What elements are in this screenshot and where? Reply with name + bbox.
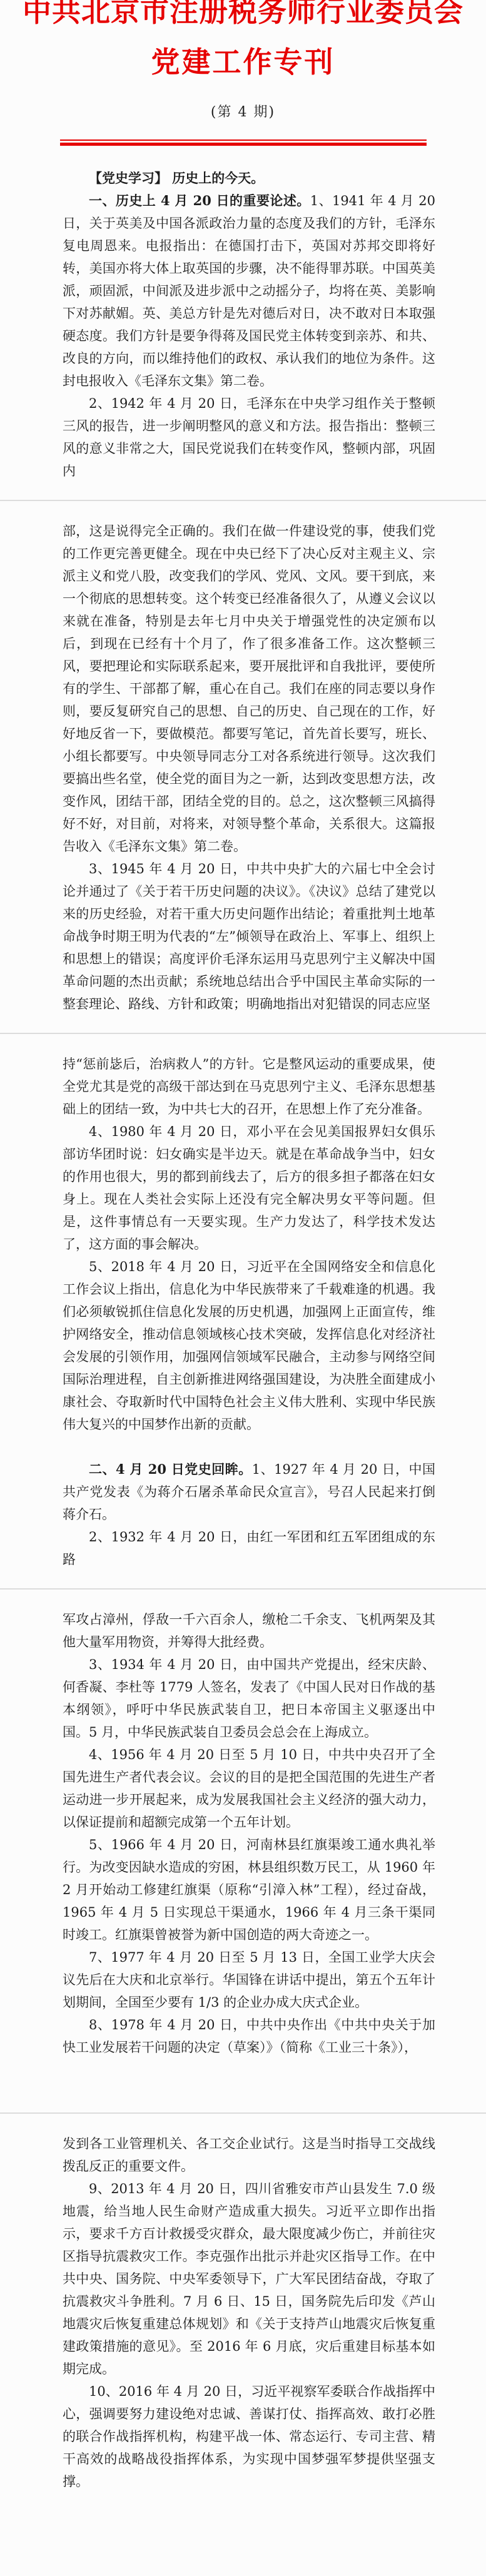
paragraph-section1: 一、历史上 4 月 20 日的重要论述。1、1941 年 4 月 20 日，关于… xyxy=(63,190,435,392)
paragraph-item-1945-continued: 持“惩前毖后，治病救人”的方针。它是整风运动的重要成果，使全党尤其是党的高级干部… xyxy=(63,1053,435,1120)
rule-thick-line xyxy=(60,143,427,146)
paragraph-item-1966: 5、1966 年 4 月 20 日，河南林县红旗渠竣工通水典礼举行。为改变因缺水… xyxy=(63,1833,435,1946)
paragraph-item-1977: 7、1977 年 4 月 20 日至 5 月 13 日，全国工业学大庆会议先后在… xyxy=(63,1946,435,2014)
bottom-whitespace xyxy=(63,2493,435,2549)
paragraph-item-1934: 3、1934 年 4 月 20 日，由中国共产党提出，经宋庆龄、何香凝、李杜等 … xyxy=(63,1653,435,1743)
paragraph-section2: 二、4 月 20 日党史回眸。1、1927 年 4 月 20 日，中国共产党发表… xyxy=(63,1458,435,1526)
section1-heading: 一、历史上 4 月 20 日的重要论述。 xyxy=(89,193,310,208)
page-separator xyxy=(0,2112,486,2114)
masthead: 中共北京市注册税务师行业委员会 党建工作专刊 (第 4 期) xyxy=(0,0,486,146)
masthead-double-rule xyxy=(60,139,427,146)
page-separator xyxy=(0,1588,486,1590)
paragraph-item-2013: 9、2013 年 4 月 20 日，四川省雅安市芦山县发生 7.0 级地震，给当… xyxy=(63,2178,435,2380)
paragraph-item-1980: 4、1980 年 4 月 20 日，邓小平在会见美国报界妇女俱乐部访华团时说：妇… xyxy=(63,1120,435,1255)
page-separator xyxy=(0,500,486,501)
section2-heading: 二、4 月 20 日党史回眸。 xyxy=(89,1461,252,1477)
paragraph-study-header: 【党史学习】 历史上的今天。 xyxy=(63,167,435,190)
paragraph-item-1942-continued: 部，这是说得完全正确的。我们在做一件建设党的事，使我们党的工作更完善更健全。现在… xyxy=(63,520,435,858)
document-body: 【党史学习】 历史上的今天。 一、历史上 4 月 20 日的重要论述。1、194… xyxy=(63,167,435,2549)
section-gap xyxy=(63,1436,435,1458)
paragraph-item-2018: 5、2018 年 4 月 20 日，习近平在全国网络安全和信息化工作会议上指出，… xyxy=(63,1255,435,1436)
document-page: 中共北京市注册税务师行业委员会 党建工作专刊 (第 4 期) 【党史学习】 历史… xyxy=(0,0,486,2549)
page-separator xyxy=(0,1033,486,1034)
paragraph-item-1978-continued: 发到各工业管理机关、各工交企业试行。这是当时指导工交战线拨乱反正的重要文件。 xyxy=(63,2132,435,2178)
paragraph-item-1932: 2、1932 年 4 月 20 日，由红一军团和红五军团组成的东路 xyxy=(63,1526,435,1571)
publication-title: 党建工作专刊 xyxy=(0,46,486,78)
paragraph-item-2016: 10、2016 年 4 月 20 日，习近平视察军委联合作战指挥中心，强调要努力… xyxy=(63,2380,435,2493)
issue-number: (第 4 期) xyxy=(0,101,486,121)
paragraph-item-1978: 8、1978 年 4 月 20 日，中共中央作出《中共中央关于加快工业发展若干问… xyxy=(63,2014,435,2059)
paragraph-item-1932-continued: 军攻占漳州，俘敌一千六百余人，缴枪二千余支、飞机两架及其他大量军用物资，并筹得大… xyxy=(63,1608,435,1653)
organization-title: 中共北京市注册税务师行业委员会 xyxy=(0,0,486,30)
paragraph-item-1945: 3、1945 年 4 月 20 日，中共中央扩大的六届七中全会讨论并通过了《关于… xyxy=(63,858,435,1015)
paragraph-item-1956: 4、1956 年 4 月 20 日至 5 月 10 日，中共中央召开了全国先进生… xyxy=(63,1743,435,1833)
paragraph-item-1942: 2、1942 年 4 月 20 日，毛泽东在中央学习组作关于整顿三风的报告，进一… xyxy=(63,392,435,482)
